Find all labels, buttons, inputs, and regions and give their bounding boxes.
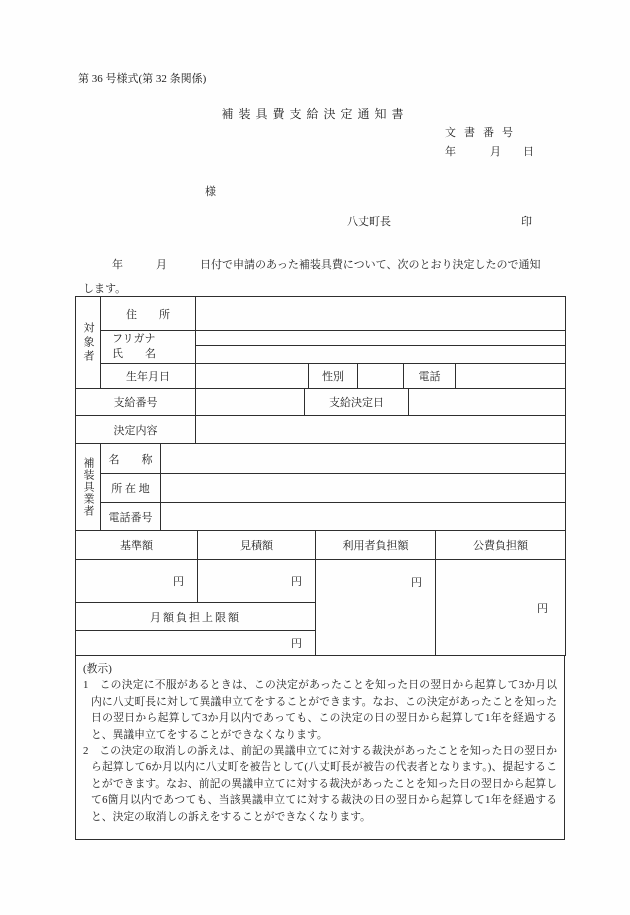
document-date-line: 年月日 xyxy=(445,143,534,159)
document-page: 第 36 号様式(第 32 条関係) 補装具費支給決定通知書 文書番号 年月日 … xyxy=(0,0,630,915)
furigana-value-cell xyxy=(196,331,566,346)
name-value-cell xyxy=(196,346,566,364)
target-person-group-label-cell: 対象者 xyxy=(76,297,101,389)
kyoji-item-1: 1 この決定に不服があるときは、この決定があったことを知った日の翌日から起算して… xyxy=(83,677,557,743)
grant-decision-date-value-cell xyxy=(409,389,566,416)
target-person-section: 対象者 住 所 フリガナ 氏 名 生年月日 性別 電話 xyxy=(75,296,566,389)
decision-content-label: 決定内容 xyxy=(76,416,196,444)
vendor-group-label: 補装具業者 xyxy=(80,457,96,517)
grant-number-value-cell xyxy=(196,389,305,416)
issuer-name: 八丈町長 xyxy=(347,216,391,228)
furigana-name-label-cell: フリガナ 氏 名 xyxy=(101,331,196,364)
name-label: 氏 名 xyxy=(112,347,195,362)
vendor-address-label: 所 在 地 xyxy=(101,474,161,503)
address-label: 住 所 xyxy=(101,297,196,331)
year-label: 年 xyxy=(445,146,456,158)
grant-decision-date-label: 支給決定日 xyxy=(305,389,409,416)
vendor-section: 補装具業者 名 称 所 在 地 電話番号 xyxy=(75,443,566,531)
user-burden-value-cell: 円 xyxy=(316,560,436,656)
grant-section: 支給番号 支給決定日 決定内容 xyxy=(75,388,566,444)
vendor-name-label: 名 称 xyxy=(101,444,161,474)
issuer-line: 八丈町長印 xyxy=(347,213,532,229)
monthly-cap-value-cell: 円 xyxy=(76,631,316,656)
day-label: 日 xyxy=(523,146,534,158)
vendor-phone-label: 電話番号 xyxy=(101,503,161,531)
monthly-cap-label: 月額負担上限額 xyxy=(76,603,316,631)
notification-paragraph: 年 月 日付で申請のあった補装具費について、次のとおり決定したので通知 します。 xyxy=(75,253,575,301)
birthdate-value-cell xyxy=(196,364,309,389)
phone-value-cell xyxy=(456,364,566,389)
grant-number-label: 支給番号 xyxy=(76,389,196,416)
estimate-amount-header: 見積額 xyxy=(198,531,316,560)
amounts-section: 基準額 見積額 利用者負担額 公費負担額 円 円 円 円 月額負担上限額 円 xyxy=(75,530,566,656)
public-burden-header: 公費負担額 xyxy=(436,531,566,560)
page-title: 補装具費支給決定通知書 xyxy=(0,105,630,122)
kyoji-notice-box: (教示) 1 この決定に不服があるときは、この決定があったことを知った日の翌日か… xyxy=(75,655,565,840)
gender-label: 性別 xyxy=(309,364,358,389)
vendor-name-value-cell xyxy=(161,444,566,474)
form-style-number: 第 36 号様式(第 32 条関係) xyxy=(78,70,206,86)
user-burden-header: 利用者負担額 xyxy=(316,531,436,560)
recipient-suffix: 様 xyxy=(205,183,216,199)
phone-label: 電話 xyxy=(404,364,456,389)
seal-mark: 印 xyxy=(521,216,532,228)
decision-content-value-cell xyxy=(196,416,566,444)
estimate-amount-value-cell: 円 xyxy=(198,560,316,603)
month-label: 月 xyxy=(490,146,501,158)
kyoji-item-2: 2 この決定の取消しの訴えは、前記の異議申立てに対する裁決があったことを知った日… xyxy=(83,743,557,825)
vendor-phone-value-cell xyxy=(161,503,566,531)
vendor-group-label-cell: 補装具業者 xyxy=(76,444,101,531)
birthdate-label: 生年月日 xyxy=(101,364,196,389)
target-person-group-label: 対象者 xyxy=(80,322,96,364)
base-amount-value-cell: 円 xyxy=(76,560,198,603)
main-form-table: 対象者 住 所 フリガナ 氏 名 生年月日 性別 電話 xyxy=(75,296,565,840)
notification-line1: 年 月 日付で申請のあった補装具費について、次のとおり決定したので通知 xyxy=(75,253,575,277)
furigana-label: フリガナ xyxy=(112,332,195,347)
gender-value-cell xyxy=(358,364,404,389)
vendor-address-value-cell xyxy=(161,474,566,503)
base-amount-header: 基準額 xyxy=(76,531,198,560)
address-value-cell xyxy=(196,297,566,331)
document-number-label: 文書番号 xyxy=(445,124,521,140)
public-burden-value-cell: 円 xyxy=(436,560,566,656)
kyoji-heading: (教示) xyxy=(83,661,557,677)
